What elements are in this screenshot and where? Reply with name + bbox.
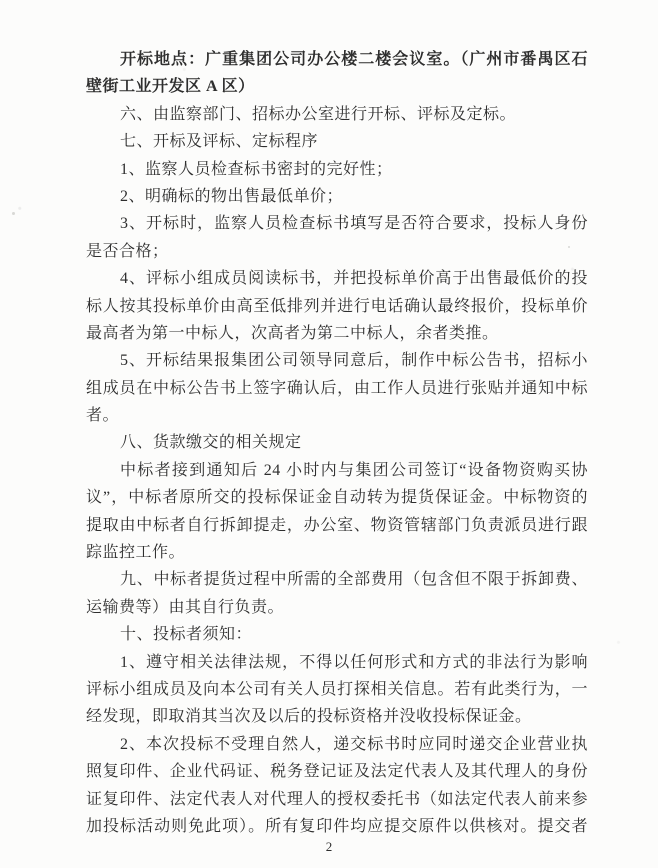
text-line: 照复印件、企业代码证、税务登记证及法定代表人及其代理人的身份: [86, 758, 588, 785]
text-line: 加投标活动则免此项）。所有复印件均应提交原件以供核对。提交者: [86, 813, 588, 840]
text-line: 证复印件、法定代表人对代理人的授权委托书（如法定代表人前来参: [86, 786, 588, 813]
text-line: 5、开标结果报集团公司领导同意后，制作中标公告书，招标小: [86, 347, 588, 374]
text-line: 九、中标者提货过程中所需的全部费用（包含但不限于拆卸费、: [86, 566, 588, 593]
text-line: 提取由中标者自行拆卸提走，办公室、物资管辖部门负责派员进行跟: [86, 512, 588, 539]
scan-speckle: [12, 212, 15, 215]
document-page: 开标地点：广重集团公司办公楼二楼会议室。（广州市番禺区石壁街工业开发区 A 区）…: [0, 0, 658, 868]
text-line: 六、由监察部门、招标办公室进行开标、评标及定标。: [86, 101, 588, 128]
text-line: 2、明确标的物出售最低单价；: [86, 183, 588, 210]
text-line: 开标地点：广重集团公司办公楼二楼会议室。（广州市番禺区石: [86, 46, 588, 73]
text-line: 是否合格；: [86, 238, 588, 265]
text-line: 最高者为第一中标人，次高者为第二中标人，余者类推。: [86, 320, 588, 347]
text-line: 经发现，即取消其当次及以后的投标资格并没收投标保证金。: [86, 703, 588, 730]
text-line: 标人按其投标单价由高至低排列并进行电话确认最终报价，投标单价: [86, 293, 588, 320]
document-body: 开标地点：广重集团公司办公楼二楼会议室。（广州市番禺区石壁街工业开发区 A 区）…: [86, 46, 588, 840]
text-line: 组成员在中标公告书上签字确认后，由工作人员进行张贴并通知中标: [86, 375, 588, 402]
text-line: 运输费等）由其自行负责。: [86, 594, 588, 621]
text-line: 2、本次投标不受理自然人，递交标书时应同时递交企业营业执: [86, 731, 588, 758]
text-line: 4、评标小组成员阅读标书，并把投标单价高于出售最低价的投: [86, 265, 588, 292]
text-line: 1、监察人员检查标书密封的完好性；: [86, 156, 588, 183]
text-line: 者。: [86, 402, 588, 429]
text-line: 1、遵守相关法律法规，不得以任何形式和方式的非法行为影响: [86, 649, 588, 676]
text-line: 中标者接到通知后 24 小时内与集团公司签订“设备物资购买协: [86, 457, 588, 484]
text-line: 3、开标时，监察人员检查标书填写是否符合要求，投标人身份: [86, 210, 588, 237]
text-line: 议”，中标者原所交的投标保证金自动转为提货保证金。中标物资的: [86, 484, 588, 511]
text-line: 评标小组成员及向本公司有关人员打探相关信息。若有此类行为，一: [86, 676, 588, 703]
page-number: 2: [0, 839, 658, 855]
text-line: 壁街工业开发区 A 区）: [86, 73, 588, 100]
text-line: 八、货款缴交的相关规定: [86, 429, 588, 456]
text-line: 踪监控工作。: [86, 539, 588, 566]
text-line: 七、开标及评标、定标程序: [86, 128, 588, 155]
text-line: 十、投标者须知：: [86, 621, 588, 648]
